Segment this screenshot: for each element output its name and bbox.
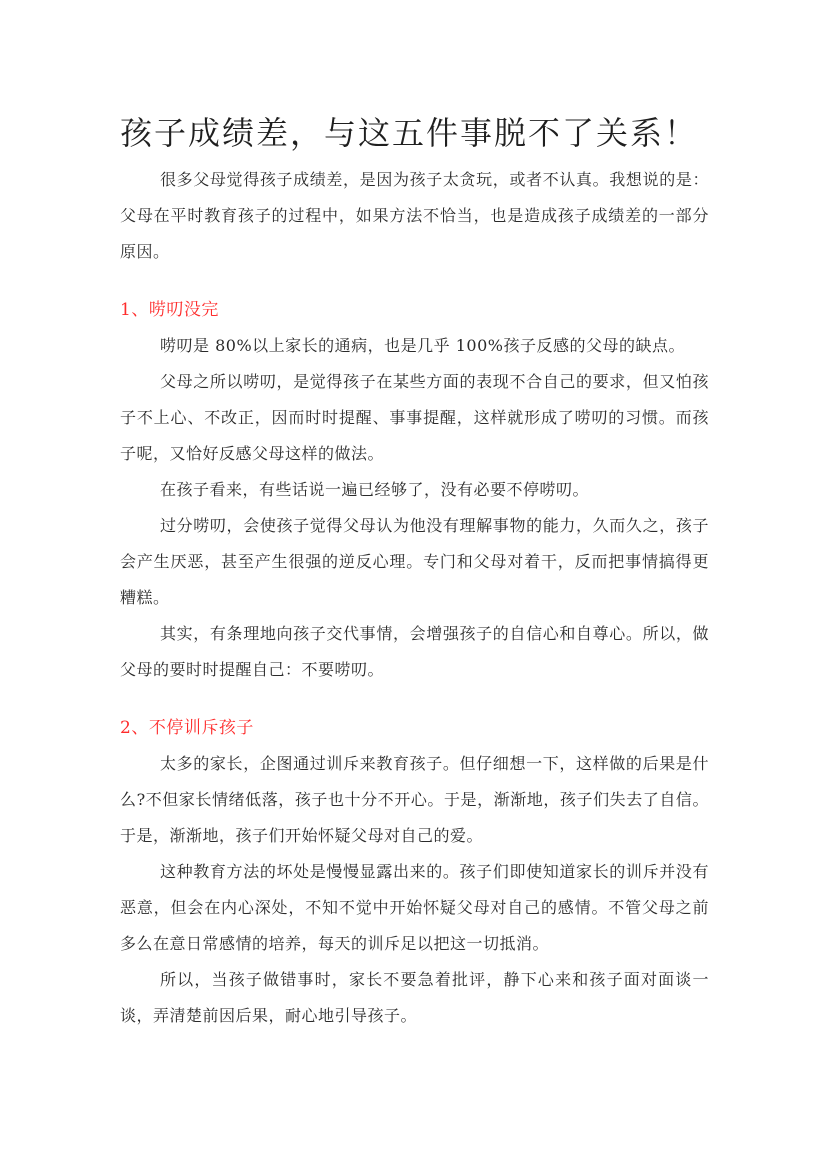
section-2-heading: 2、不停训斥孩子	[120, 710, 709, 746]
section-1: 1、唠叨没完 唠叨是 80%以上家长的通病，也是几乎 100%孩子反感的父母的缺…	[120, 292, 709, 688]
paragraph: 在孩子看来，有些话说一遍已经够了，没有必要不停唠叨。	[120, 472, 709, 508]
paragraph: 所以，当孩子做错事时，家长不要急着批评，静下心来和孩子面对面谈一谈，弄清楚前因后…	[120, 962, 709, 1034]
section-2: 2、不停训斥孩子 太多的家长，企图通过训斥来教育孩子。但仔细想一下，这样做的后果…	[120, 710, 709, 1034]
document-title: 孩子成绩差，与这五件事脱不了关系！	[120, 112, 709, 154]
intro-paragraph: 很多父母觉得孩子成绩差，是因为孩子太贪玩，或者不认真。我想说的是：父母在平时教育…	[120, 162, 709, 270]
paragraph: 这种教育方法的坏处是慢慢显露出来的。孩子们即使知道家长的训斥并没有恶意，但会在内…	[120, 854, 709, 962]
paragraph: 其实，有条理地向孩子交代事情，会增强孩子的自信心和自尊心。所以，做父母的要时时提…	[120, 616, 709, 688]
paragraph: 父母之所以唠叨，是觉得孩子在某些方面的表现不合自己的要求，但又怕孩子不上心、不改…	[120, 364, 709, 472]
paragraph: 太多的家长，企图通过训斥来教育孩子。但仔细想一下，这样做的后果是什么?不但家长情…	[120, 746, 709, 854]
paragraph: 过分唠叨，会使孩子觉得父母认为他没有理解事物的能力，久而久之，孩子会产生厌恶，甚…	[120, 508, 709, 616]
document-page: 孩子成绩差，与这五件事脱不了关系！ 很多父母觉得孩子成绩差，是因为孩子太贪玩，或…	[0, 0, 827, 1169]
paragraph: 唠叨是 80%以上家长的通病，也是几乎 100%孩子反感的父母的缺点。	[120, 328, 709, 364]
section-1-heading: 1、唠叨没完	[120, 292, 709, 328]
